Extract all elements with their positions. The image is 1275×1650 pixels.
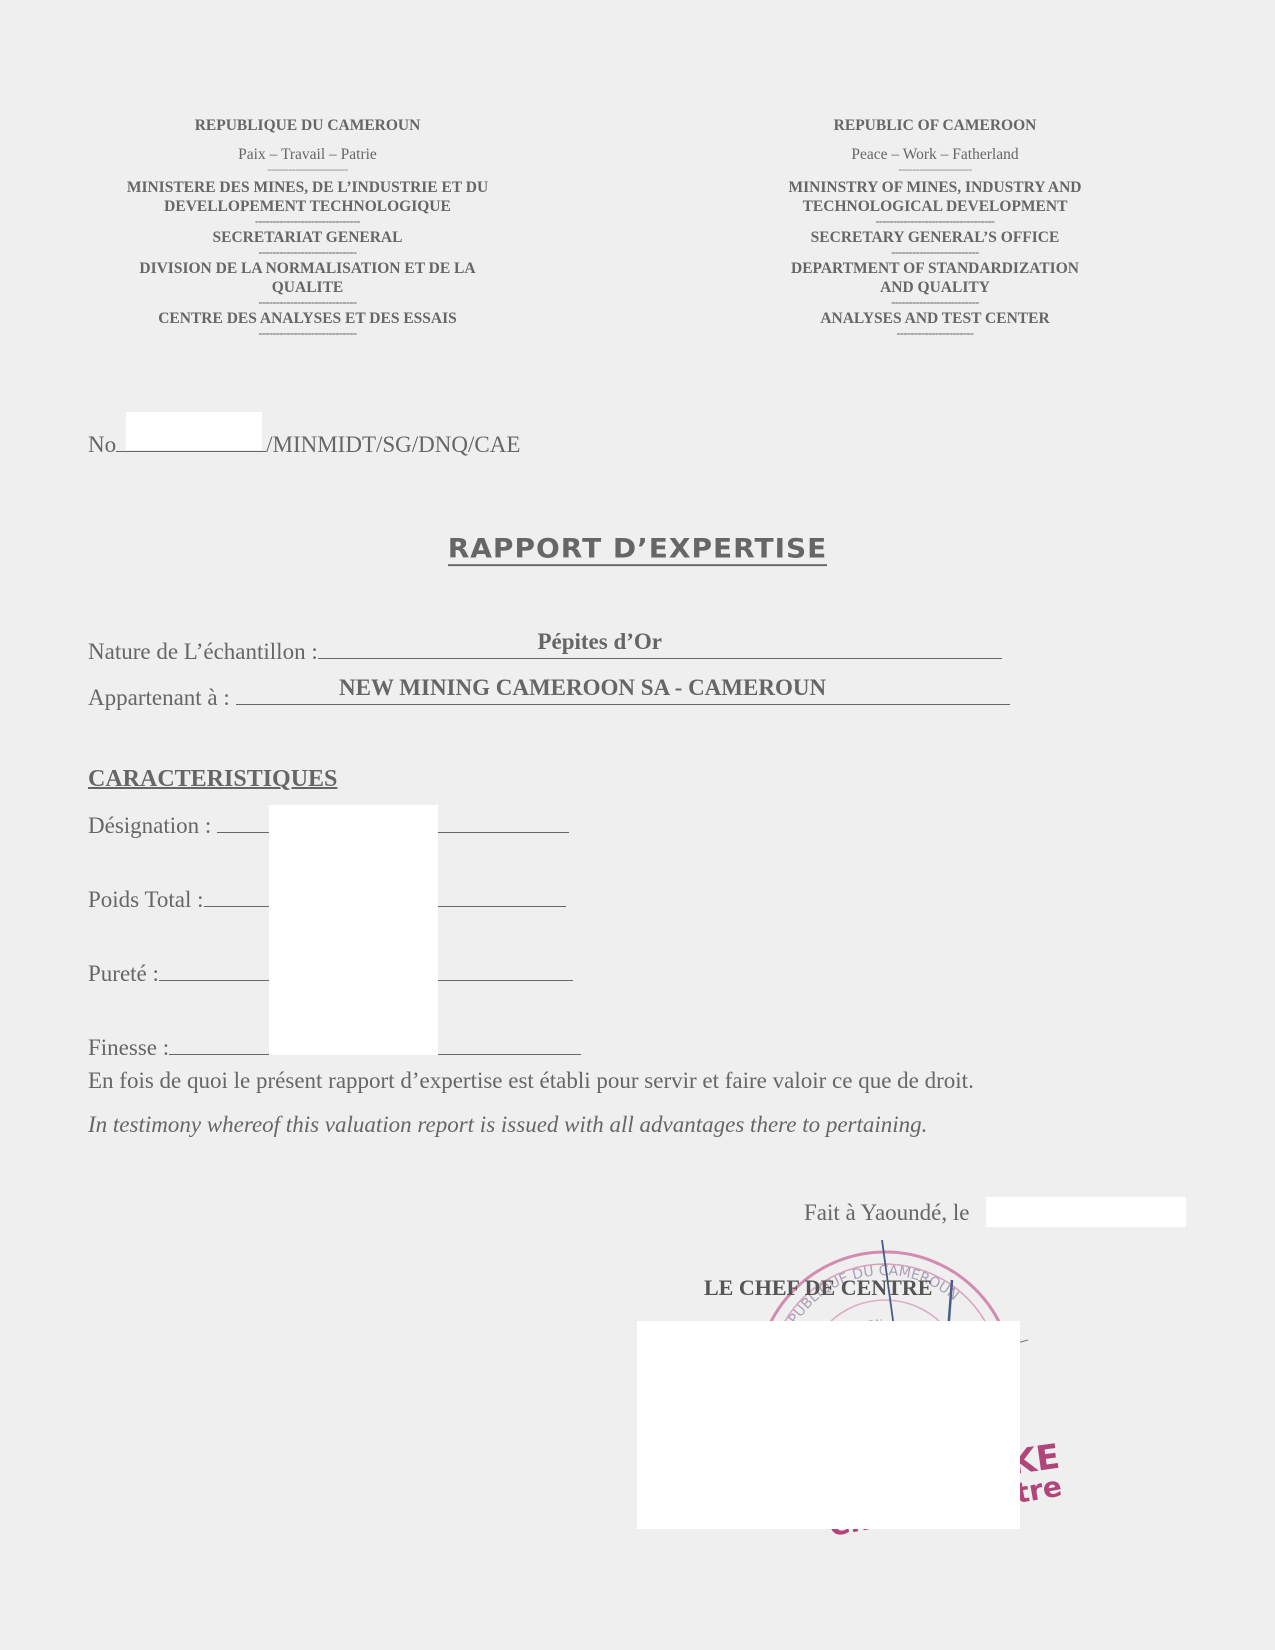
redaction-box [126,412,262,450]
separator: ---------------------------- [100,297,515,307]
separator: ---------------------------------- [760,216,1110,226]
place-date-label: Fait à Yaoundé, le [804,1200,969,1225]
separator: ------------------------- [760,247,1110,257]
sample-nature-field: Pépites d’Or [318,636,1002,659]
closing-french: En fois de quoi le présent rapport d’exp… [88,1068,974,1094]
country-name-fr: REPUBLIQUE DU CAMEROUN [100,116,515,135]
sample-owner-label: Appartenant à : [88,685,230,710]
redaction-box [637,1321,1020,1529]
characteristics-heading: CARACTERISTIQUES [88,766,337,793]
redaction-box [986,1197,1186,1227]
fineness-label: Finesse : [88,1035,169,1060]
country-name-en: REPUBLIC OF CAMEROON [760,116,1110,135]
redaction-box [269,805,438,1055]
header-french: REPUBLIQUE DU CAMEROUN Paix – Travail – … [100,116,515,338]
separator: ---------------------------- [100,328,515,338]
sample-owner-row: Appartenant à : NEW MINING CAMEROON SA -… [88,682,1010,711]
signatory-title: LE CHEF DE CENTRE [704,1275,932,1301]
sample-owner-field: NEW MINING CAMEROON SA - CAMEROUN [236,682,1010,705]
division-en: DEPARTMENT OF STANDARDIZATION AND QUALIT… [760,259,1110,297]
document-title: RAPPORT D’EXPERTISE [448,533,828,566]
sample-nature-value: Pépites d’Or [318,629,882,655]
document-title-wrap: RAPPORT D’EXPERTISE [0,532,1275,567]
separator: --------------------- [760,164,1110,174]
header-english: REPUBLIC OF CAMEROON Peace – Work – Fath… [760,116,1110,338]
separator: ------------------------------ [100,216,515,226]
reference-suffix: /MINMIDT/SG/DNQ/CAE [266,432,520,457]
designation-label: Désignation : [88,813,211,838]
weight-label: Poids Total : [88,887,204,912]
sample-owner-value: NEW MINING CAMEROON SA - CAMEROUN [236,675,930,701]
ministry-fr: MINISTERE DES MINES, DE L’INDUSTRIE ET D… [100,178,515,216]
separator: ----------------------- [100,164,515,174]
reference-prefix: No [88,432,116,457]
purity-label: Pureté : [88,961,159,986]
sample-nature-label: Nature de L’échantillon : [88,639,318,664]
separator: ---------------------- [760,328,1110,338]
place-date: Fait à Yaoundé, le [804,1200,969,1226]
division-fr: DIVISION DE LA NORMALISATION ET DE LA QU… [100,259,515,297]
closing-english: In testimony whereof this valuation repo… [88,1112,927,1138]
separator: ------------------------- [760,297,1110,307]
ministry-en: MININSTRY OF MINES, INDUSTRY AND TECHNOL… [760,178,1110,216]
sample-nature-row: Nature de L’échantillon :Pépites d’Or [88,636,1002,665]
separator: ---------------------------- [100,247,515,257]
